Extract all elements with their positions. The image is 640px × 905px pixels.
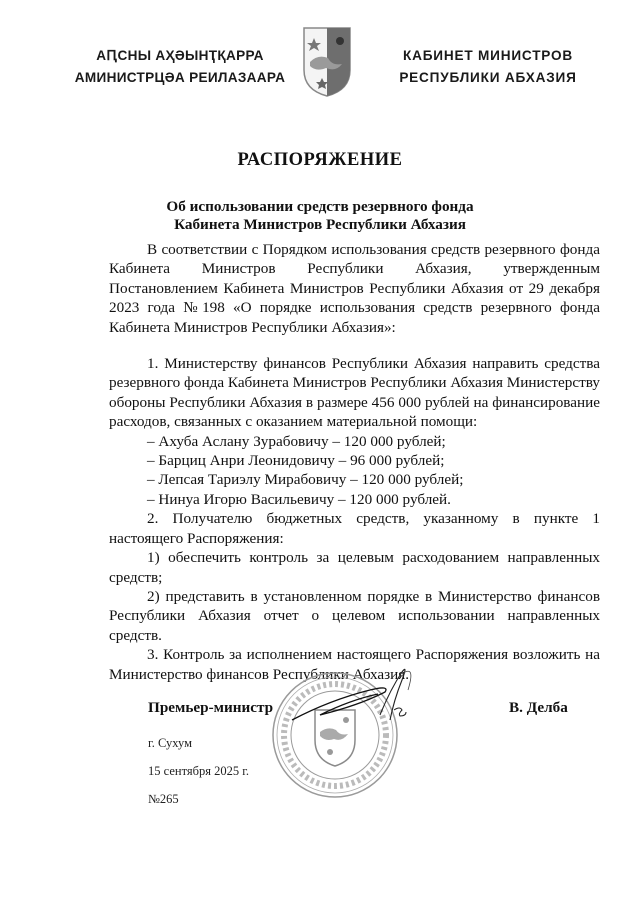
point-1: 1. Министерству финансов Республики Абха… bbox=[109, 354, 600, 432]
header-russian-line1: КАБИНЕТ МИНИСТРОВ bbox=[378, 45, 598, 67]
subject-line2: Кабинета Министров Республики Абхазия bbox=[0, 216, 640, 234]
preamble: В соответствии с Порядком использования … bbox=[109, 240, 600, 337]
coat-of-arms-icon bbox=[302, 26, 352, 98]
recipient-4: – Нинуа Игорю Васильевичу – 120 000 рубл… bbox=[109, 490, 600, 509]
document-body: В соответствии с Порядком использования … bbox=[109, 240, 600, 684]
header-abkhaz: АԤСНЫ АҲӘЫНҬҚАРРА АМИНИСТРЦӘА РЕИЛАЗААРА bbox=[70, 45, 290, 89]
subject-line1: Об использовании средств резервного фонд… bbox=[0, 198, 640, 216]
recipient-2: – Барциц Анри Леонидовичу – 96 000 рубле… bbox=[109, 451, 600, 470]
header-abkhaz-line2: АМИНИСТРЦӘА РЕИЛАЗААРА bbox=[70, 67, 290, 89]
city: г. Сухум bbox=[148, 736, 192, 751]
signatory-position: Премьер-министр bbox=[148, 699, 273, 717]
document-date: 15 сентября 2025 г. bbox=[148, 764, 249, 779]
header-russian: КАБИНЕТ МИНИСТРОВ РЕСПУБЛИКИ АБХАЗИЯ bbox=[378, 45, 598, 89]
point-2-1: 1) обеспечить контроль за целевым расход… bbox=[109, 548, 600, 587]
header-russian-line2: РЕСПУБЛИКИ АБХАЗИЯ bbox=[378, 67, 598, 89]
signatory-name: В. Делба bbox=[509, 699, 568, 717]
document-type-title: РАСПОРЯЖЕНИЕ bbox=[0, 150, 640, 171]
document-subject: Об использовании средств резервного фонд… bbox=[0, 198, 640, 234]
document-number: №265 bbox=[148, 792, 179, 807]
recipient-3: – Лепсая Тариэлу Мирабовичу – 120 000 ру… bbox=[109, 470, 600, 489]
header-abkhaz-line1: АԤСНЫ АҲӘЫНҬҚАРРА bbox=[70, 45, 290, 67]
point-2-2: 2) представить в установленном порядке в… bbox=[109, 587, 600, 645]
handwritten-signature-icon bbox=[290, 660, 420, 735]
point-2: 2. Получателю бюджетных средств, указанн… bbox=[109, 509, 600, 548]
recipient-1: – Ахуба Аслану Зурабовичу – 120 000 рубл… bbox=[109, 432, 600, 451]
